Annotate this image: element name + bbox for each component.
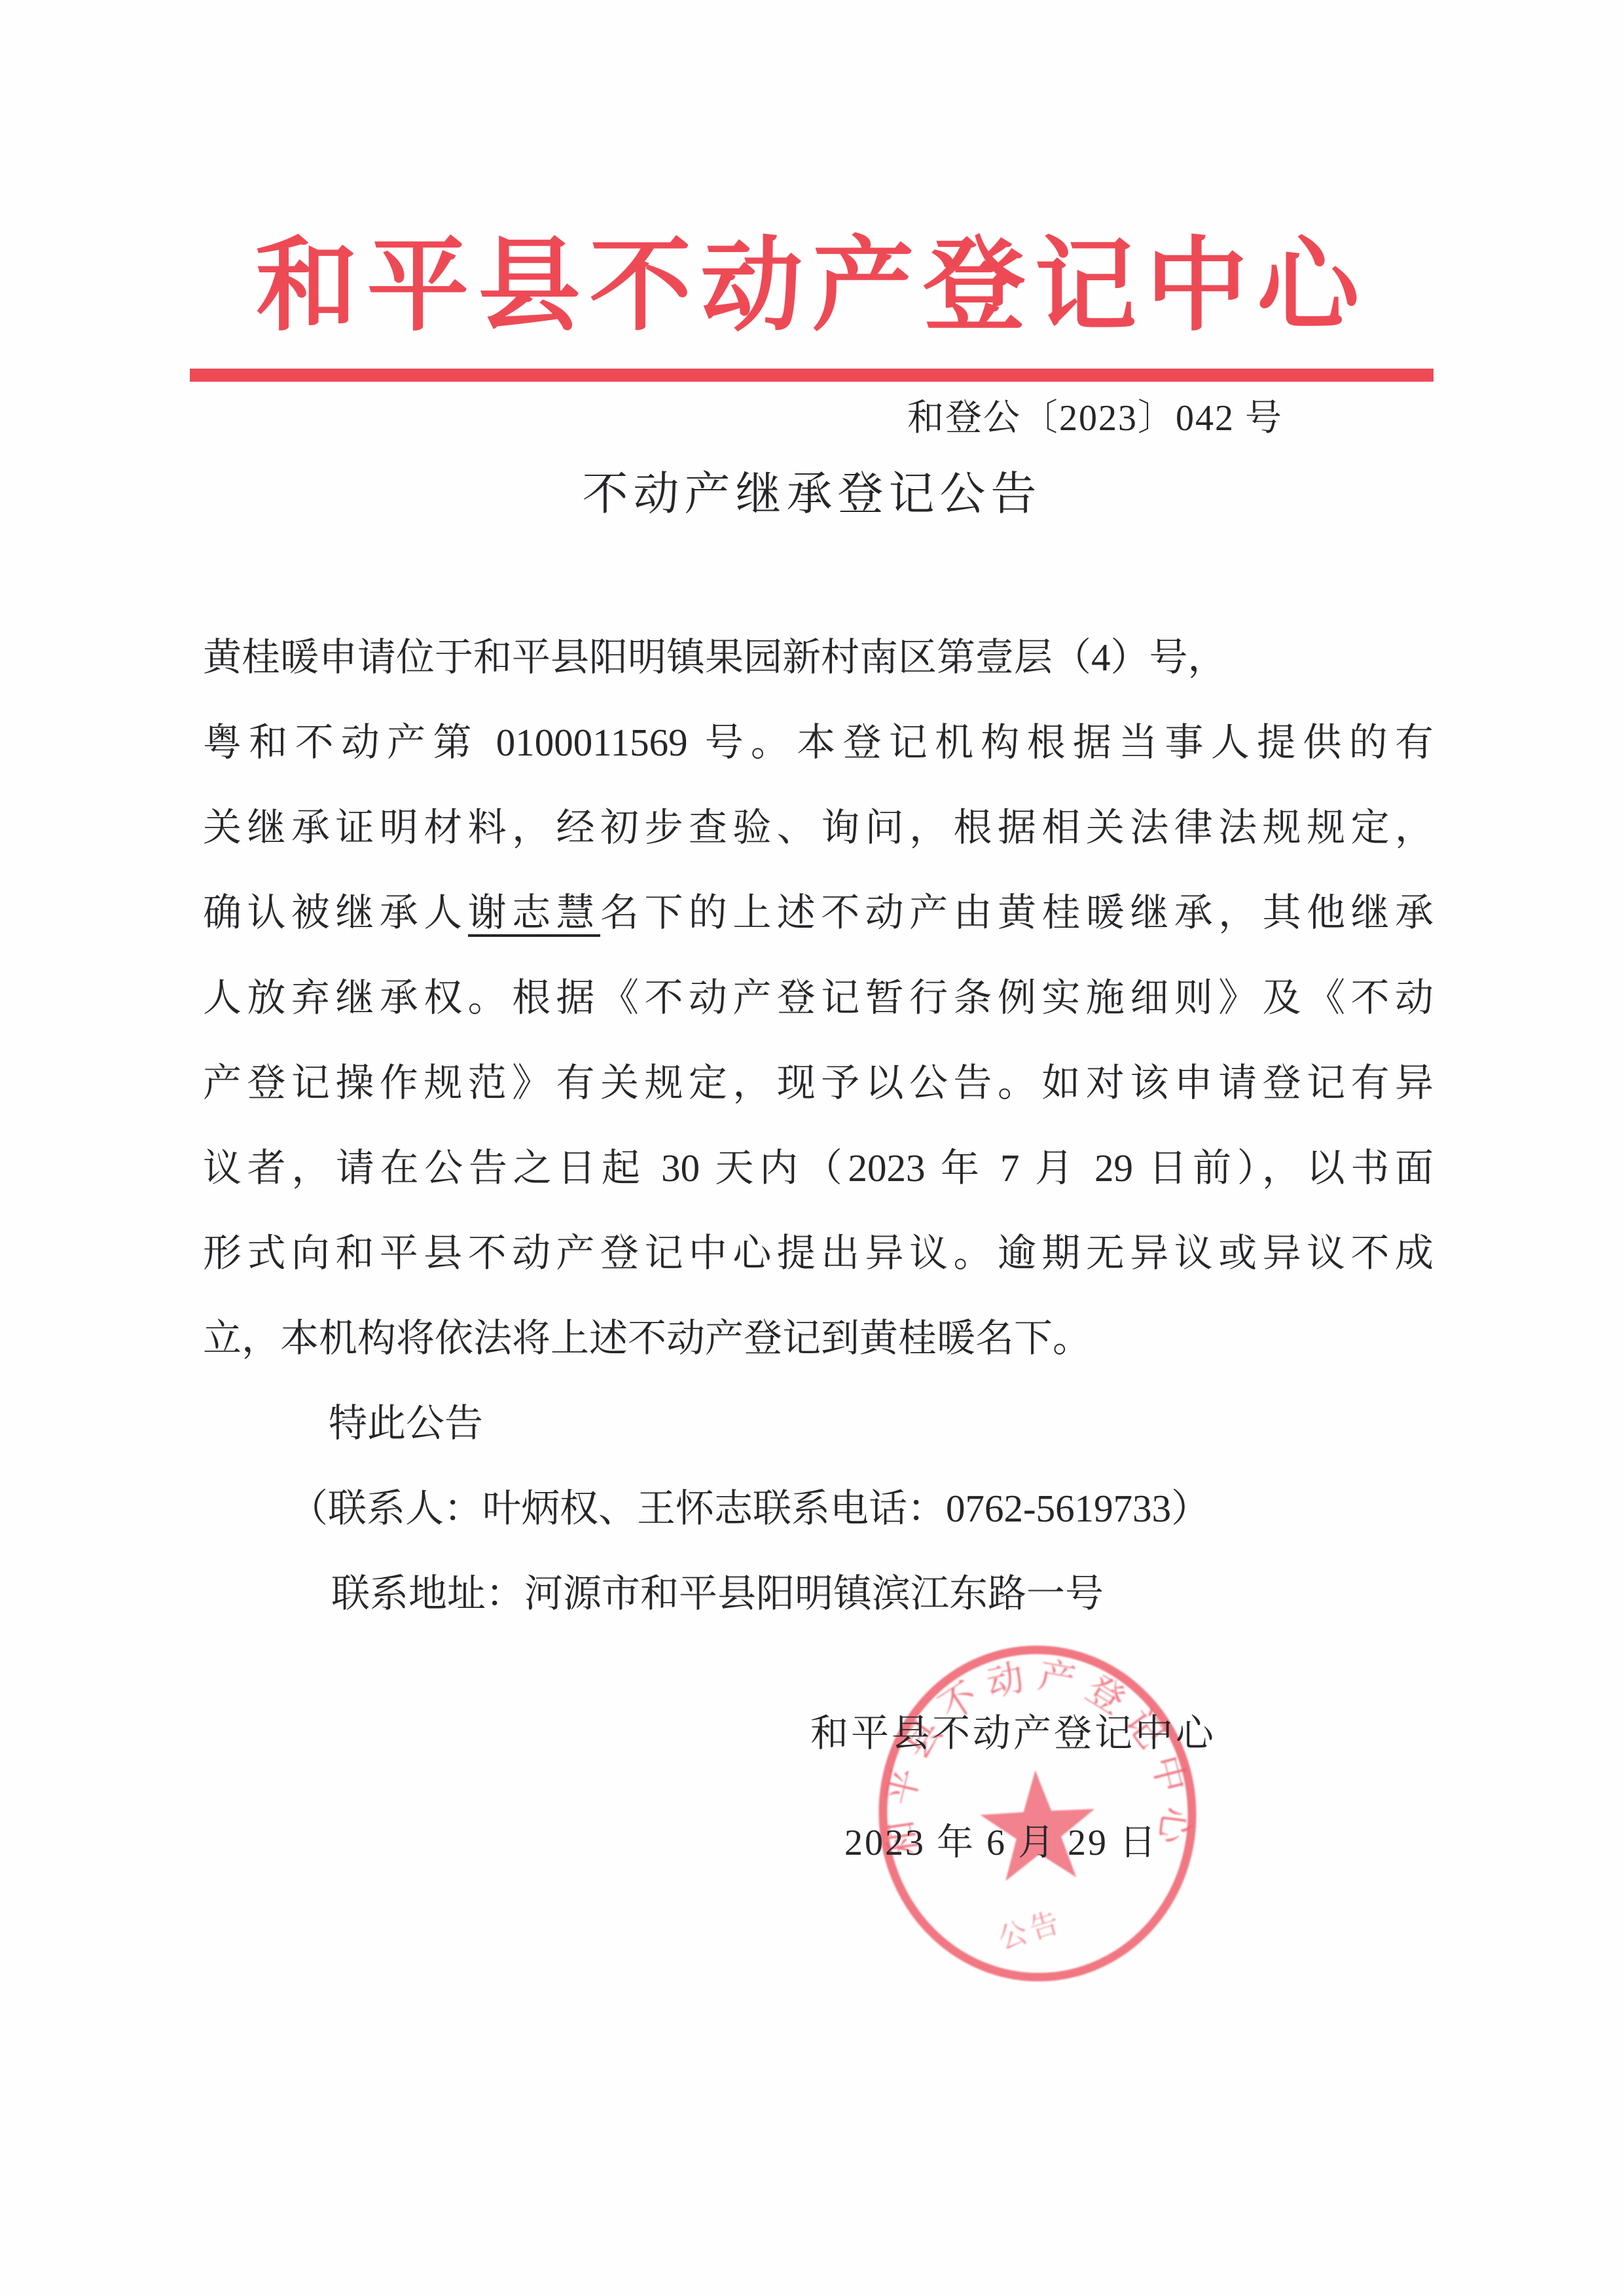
body-paragraph: 黄桂暖申请位于和平县阳明镇果园新村南区第壹层（4）号， 粤和不动产第 01000… bbox=[203, 615, 1434, 1381]
letterhead-rule bbox=[190, 369, 1434, 382]
line-text: 形式向和平县不动产登记中心提出异议。逾期无异议或异议不成 bbox=[203, 1231, 1434, 1275]
closing-line: 特此公告 bbox=[203, 1381, 1434, 1466]
contact-line: （联系人：叶炳权、王怀志联系电话：0762-5619733） bbox=[203, 1466, 1434, 1551]
line-text: 立，本机构将依法将上述不动产登记到黄桂暖名下。 bbox=[203, 1317, 1091, 1360]
notice-body: 黄桂暖申请位于和平县阳明镇果园新村南区第壹层（4）号， 粤和不动产第 01000… bbox=[203, 615, 1434, 1636]
decedent-name-underlined: 谢志慧 bbox=[468, 891, 600, 937]
body-line: 立，本机构将依法将上述不动产登记到黄桂暖名下。 bbox=[203, 1296, 1434, 1381]
line-text-post: 名下的上述不动产由黄桂暖继承，其他继承 bbox=[600, 891, 1434, 934]
body-line: 形式向和平县不动产登记中心提出异议。逾期无异议或异议不成 bbox=[203, 1211, 1434, 1296]
body-line: 粤和不动产第 0100011569 号。本登记机构根据当事人提供的有 bbox=[203, 700, 1434, 785]
body-line: 产登记操作规范》有关规定，现予以公告。如对该申请登记有异 bbox=[203, 1040, 1434, 1125]
seal-bottom-text: 公告 bbox=[994, 1906, 1066, 1956]
doc-number: 和登公〔2023〕042 号 bbox=[190, 389, 1434, 441]
line-text: 产登记操作规范》有关规定，现予以公告。如对该申请登记有异 bbox=[203, 1061, 1434, 1104]
line-text: 人放弃继承权。根据《不动产登记暂行条例实施细则》及《不动 bbox=[203, 976, 1434, 1019]
body-line: 黄桂暖申请位于和平县阳明镇果园新村南区第壹层（4）号， bbox=[203, 615, 1434, 700]
body-line: 人放弃继承权。根据《不动产登记暂行条例实施细则》及《不动 bbox=[203, 955, 1434, 1040]
line-text: 议者，请在公告之日起 30 天内（2023 年 7 月 29 日前），以书面 bbox=[203, 1146, 1434, 1190]
signature-org: 和平县不动产登记中心 bbox=[810, 1702, 1216, 1757]
line-text: 黄桂暖申请位于和平县阳明镇果园新村南区第壹层（4）号， bbox=[203, 636, 1227, 679]
letterhead-org-title: 和平县不动产登记中心 bbox=[0, 228, 1624, 345]
line-text: 粤和不动产第 0100011569 号。本登记机构根据当事人提供的有 bbox=[203, 721, 1434, 764]
body-line: 议者，请在公告之日起 30 天内（2023 年 7 月 29 日前），以书面 bbox=[203, 1125, 1434, 1211]
line-text-pre: 确认被继承人 bbox=[203, 891, 468, 934]
line-text: 关继承证明材料，经初步查验、询问，根据相关法律法规规定， bbox=[203, 806, 1434, 849]
signature-date: 2023 年 6 月 29 日 bbox=[844, 1813, 1158, 1866]
document-page: 和平县不动产登记中心 和登公〔2023〕042 号 不动产继承登记公告 黄桂暖申… bbox=[0, 0, 1624, 2296]
notice-title: 不动产继承登记公告 bbox=[0, 457, 1624, 523]
body-line: 确认被继承人谢志慧名下的上述不动产由黄桂暖继承，其他继承 bbox=[203, 870, 1434, 955]
body-line: 关继承证明材料，经初步查验、询问，根据相关法律法规规定， bbox=[203, 785, 1434, 870]
address-line: 联系地址：河源市和平县阳明镇滨江东路一号 bbox=[203, 1551, 1434, 1636]
